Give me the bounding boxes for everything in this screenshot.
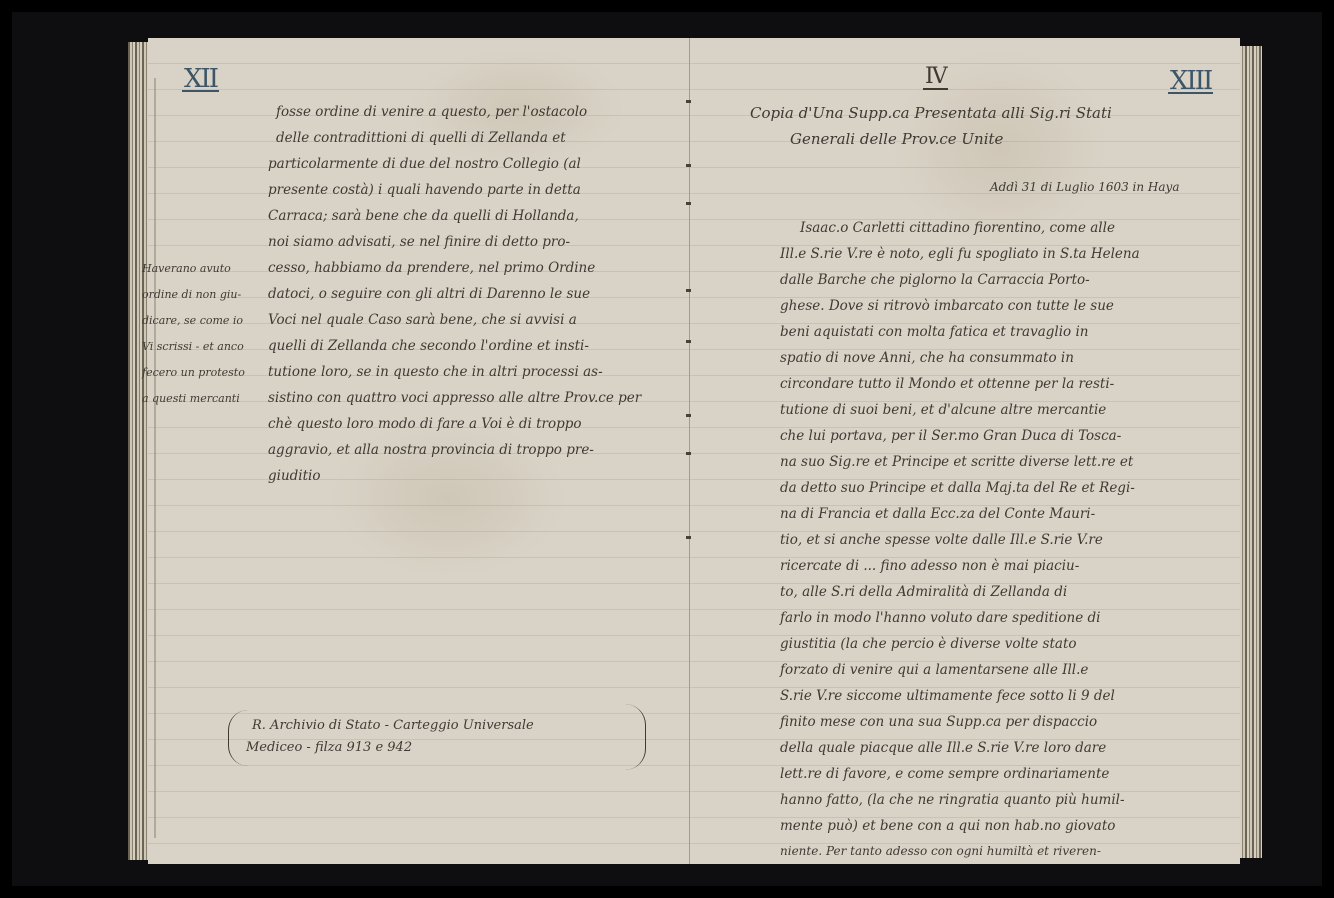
- binding-stitch: [686, 536, 691, 539]
- text-line: to, alle S.ri della Admiralità di Zellan…: [780, 584, 1067, 600]
- margin-line: Vi scrissi - et anco: [142, 340, 244, 353]
- text-line: ricercate di ... fino adesso non è mai p…: [780, 558, 1079, 574]
- text-line: ghese. Dove si ritrovò imbarcato con tut…: [780, 298, 1114, 314]
- binding-stitch: [686, 414, 691, 417]
- text-line: Ill.e S.rie V.re è noto, egli fu spoglia…: [780, 246, 1140, 262]
- margin-rule: [154, 78, 156, 838]
- text-line: cesso, habbiamo da prendere, nel primo O…: [268, 260, 595, 276]
- text-line: particolarmente di due del nostro Colleg…: [268, 156, 581, 172]
- text-line: Isaac.o Carletti cittadino fiorentino, c…: [800, 220, 1115, 236]
- folio-number: XIII: [1168, 70, 1213, 94]
- text-line: dalle Barche che piglorno la Carraccia P…: [780, 272, 1090, 288]
- right-page: IV XIII Copia d'Una Supp.ca Presentata a…: [690, 38, 1240, 864]
- archive-note-line: Mediceo - filza 913 e 942: [246, 740, 412, 755]
- text-line: na suo Sig.re et Principe et scritte div…: [780, 454, 1133, 470]
- archive-reference-note: R. Archivio di Stato - Carteggio Univers…: [240, 714, 630, 764]
- archive-note-line: R. Archivio di Stato - Carteggio Univers…: [252, 718, 534, 733]
- text-line: tio, et si anche spesse volte dalle Ill.…: [780, 532, 1103, 548]
- text-line: chè questo loro modo di fare a Voi è di …: [268, 416, 582, 432]
- page-edges-left: [128, 42, 150, 860]
- text-line: che lui portava, per il Ser.mo Gran Duca…: [780, 428, 1121, 444]
- binding-stitch: [686, 340, 691, 343]
- binding-stitch: [686, 452, 691, 455]
- text-line: giuditio: [268, 468, 320, 484]
- text-line: aggravio, et alla nostra provincia di tr…: [268, 442, 594, 458]
- parenthesis-close: [625, 704, 646, 770]
- binding-stitch: [686, 289, 691, 292]
- section-number: IV: [923, 66, 948, 90]
- parenthesis-open: [228, 710, 249, 766]
- text-line: giustitia (la che percio è diverse volte…: [780, 636, 1077, 652]
- margin-line: Haverano avuto: [142, 262, 231, 275]
- margin-line: ordine di non giu-: [142, 288, 241, 301]
- binding-stitch: [686, 100, 691, 103]
- text-line: Carraca; sarà bene che da quelli di Holl…: [268, 208, 579, 224]
- text-line: S.rie V.re siccome ultimamente fece sott…: [780, 688, 1115, 704]
- text-line: datoci, o seguire con gli altri di Daren…: [268, 286, 590, 302]
- text-line: farlo in modo l'hanno voluto dare spedit…: [780, 610, 1100, 626]
- left-page: XII fosse ordine di venire a questo, per…: [148, 38, 690, 864]
- text-line: noi siamo advisati, se nel finire di det…: [268, 234, 570, 250]
- text-line: circondare tutto il Mondo et ottenne per…: [780, 376, 1114, 392]
- text-line: fosse ordine di venire a questo, per l'o…: [276, 104, 587, 120]
- text-line: tutione di suoi beni, et d'alcune altre …: [780, 402, 1106, 418]
- dateline: Addì 31 di Luglio 1603 in Haya: [990, 180, 1179, 194]
- text-line: na di Francia et dalla Ecc.za del Conte …: [780, 506, 1095, 522]
- text-line: spatio di nove Anni, che ha consummato i…: [780, 350, 1074, 366]
- text-line: quelli di Zellanda che secondo l'ordine …: [268, 338, 589, 354]
- text-line: beni aquistati con molta fatica et trava…: [780, 324, 1088, 340]
- text-line: della quale piacque alle Ill.e S.rie V.r…: [780, 740, 1106, 756]
- heading-line: Generali delle Prov.ce Unite: [790, 130, 1003, 148]
- text-line: finito mese con una sua Supp.ca per disp…: [780, 714, 1097, 730]
- text-line: sistino con quattro voci appresso alle a…: [268, 390, 641, 406]
- margin-line: dicare, se come io: [142, 314, 243, 327]
- text-line: forzato di venire qui a lamentarsene all…: [780, 662, 1088, 678]
- text-line: mente può) et bene con a qui non hab.no …: [780, 818, 1115, 834]
- binding-stitch: [686, 164, 691, 167]
- text-line: da detto suo Principe et dalla Maj.ta de…: [780, 480, 1135, 496]
- folio-number: XII: [182, 68, 219, 92]
- text-line: niente. Per tanto adesso con ogni humilt…: [780, 844, 1101, 858]
- text-line: lett.re di favore, e come sempre ordinar…: [780, 766, 1109, 782]
- binding-stitch: [686, 202, 691, 205]
- text-line: tutione loro, se in questo che in altri …: [268, 364, 603, 380]
- text-line: hanno fatto, (la che ne ringratia quanto…: [780, 792, 1125, 808]
- page-edges-right: [1240, 46, 1262, 858]
- text-line: presente costà) i quali havendo parte in…: [268, 182, 581, 198]
- margin-line: a questi mercanti: [142, 392, 240, 405]
- open-manuscript-book: XII fosse ordine di venire a questo, per…: [128, 38, 1262, 864]
- text-line: Voci nel quale Caso sarà bene, che si av…: [268, 312, 577, 328]
- heading-line: Copia d'Una Supp.ca Presentata alli Sig.…: [750, 104, 1112, 122]
- text-line: delle contradittioni di quelli di Zellan…: [276, 130, 566, 146]
- margin-line: fecero un protesto: [142, 366, 245, 379]
